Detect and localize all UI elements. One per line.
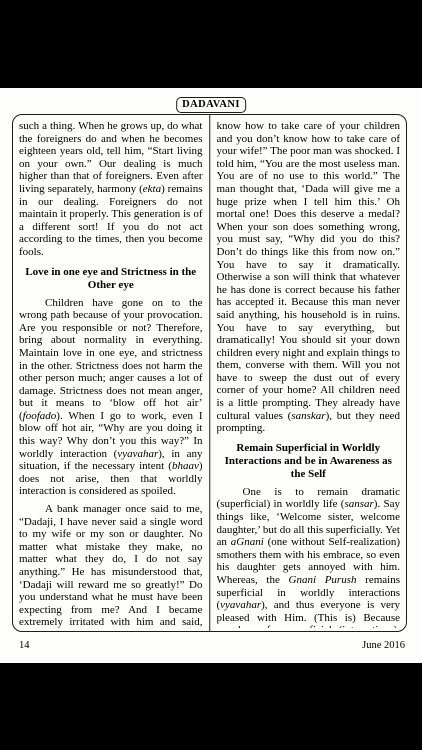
paragraph: A bank manager once said to me, “Dadaji,… [19, 503, 203, 628]
page-number: 14 [19, 640, 30, 652]
issue-date: June 2016 [362, 640, 405, 652]
masthead-title: DADAVANI [182, 99, 240, 110]
left-column: such a thing. When he grows up, do what … [19, 120, 203, 628]
masthead-box: DADAVANI [176, 97, 246, 113]
section-heading: Remain Superficial in Worldly Interactio… [217, 442, 401, 481]
paragraph: such a thing. When he grows up, do what … [19, 120, 203, 259]
text-columns: such a thing. When he grows up, do what … [19, 120, 400, 628]
right-column: know how to take care of your children a… [217, 120, 401, 628]
paragraph: One is to remain dramatic (superficial) … [217, 486, 401, 628]
section-heading: Love in one eye and Strictness in the Ot… [19, 266, 203, 292]
bottom-letterbox [0, 663, 422, 750]
page-footer: 14 June 2016 [19, 640, 405, 652]
paragraph: Children have gone on to the wrong path … [19, 297, 203, 499]
magazine-page: DADAVANI such a thing. When he grows up,… [0, 88, 422, 663]
content-frame: such a thing. When he grows up, do what … [12, 114, 407, 632]
top-letterbox [0, 0, 422, 88]
paragraph: know how to take care of your children a… [217, 120, 401, 435]
